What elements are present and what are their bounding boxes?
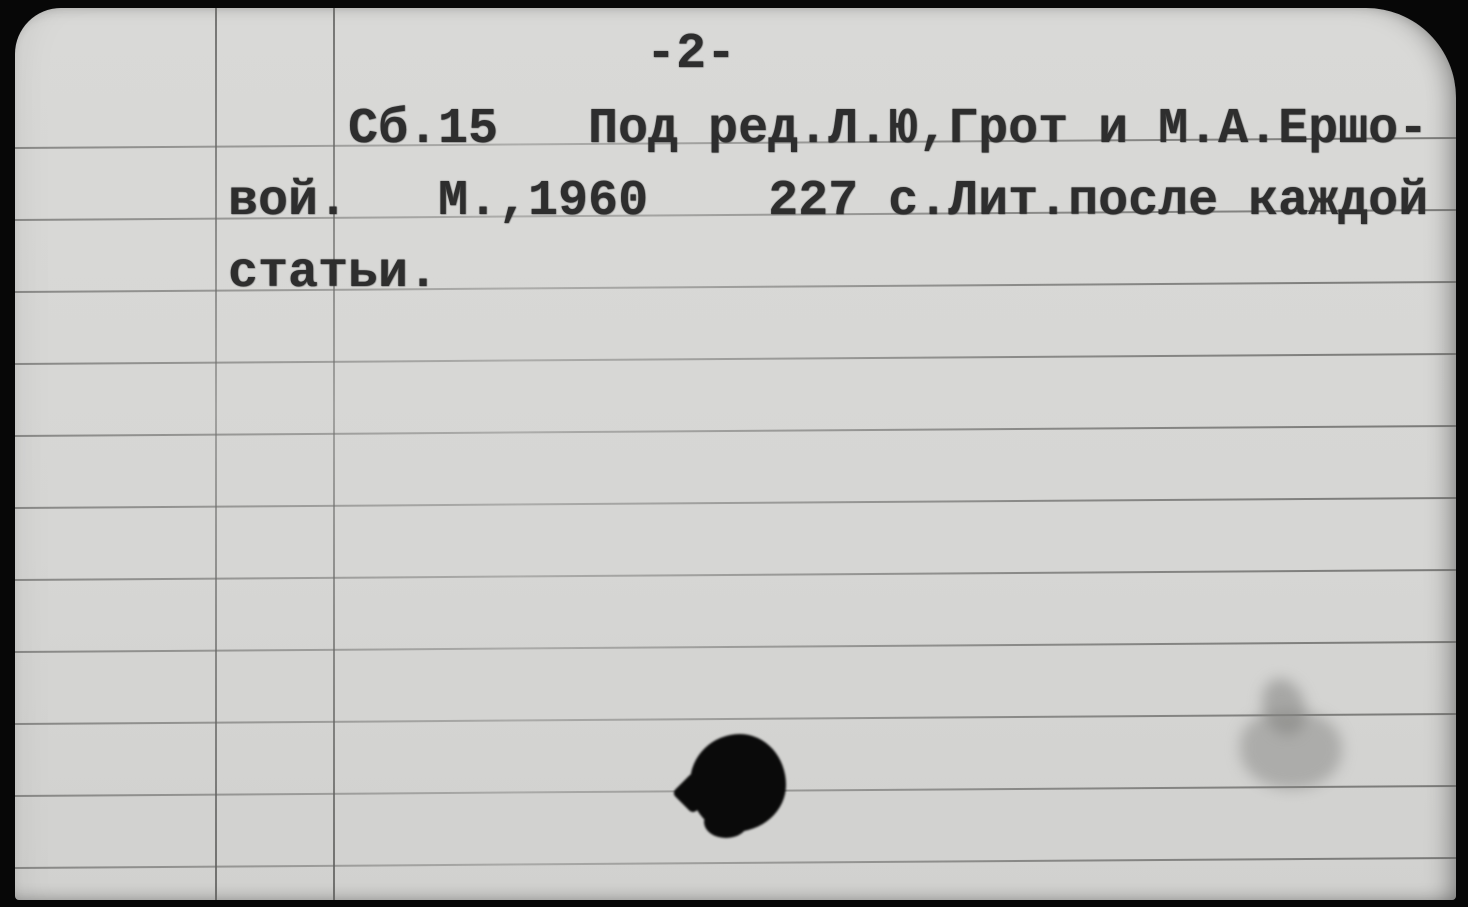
grey-smudge [1215,648,1415,848]
page-number: -2- [646,30,736,80]
text-line-3: статьи. [228,249,438,299]
ruled-line-horizontal [15,353,1456,365]
ink-blot-bump [704,806,748,838]
ruled-line-vertical [333,8,335,900]
ink-blot [670,718,810,858]
ruled-line-vertical [215,8,217,900]
ruled-line-horizontal [15,425,1456,437]
text-line-1: Сб.15 Под ред.Л.Ю,Грот и М.А.Ершо- [348,105,1428,155]
grey-smudge-bottom [1240,711,1342,789]
ruled-line-horizontal [15,497,1456,509]
scanned-page-background: -2- Сб.15 Под ред.Л.Ю,Грот и М.А.Ершо- в… [0,0,1468,907]
ruled-line-horizontal [15,857,1456,869]
catalog-card: -2- Сб.15 Под ред.Л.Ю,Грот и М.А.Ершо- в… [15,8,1456,900]
text-line-2: вой. М.,1960 227 с.Лит.после каждой [228,177,1428,227]
ruled-line-horizontal [15,569,1456,581]
